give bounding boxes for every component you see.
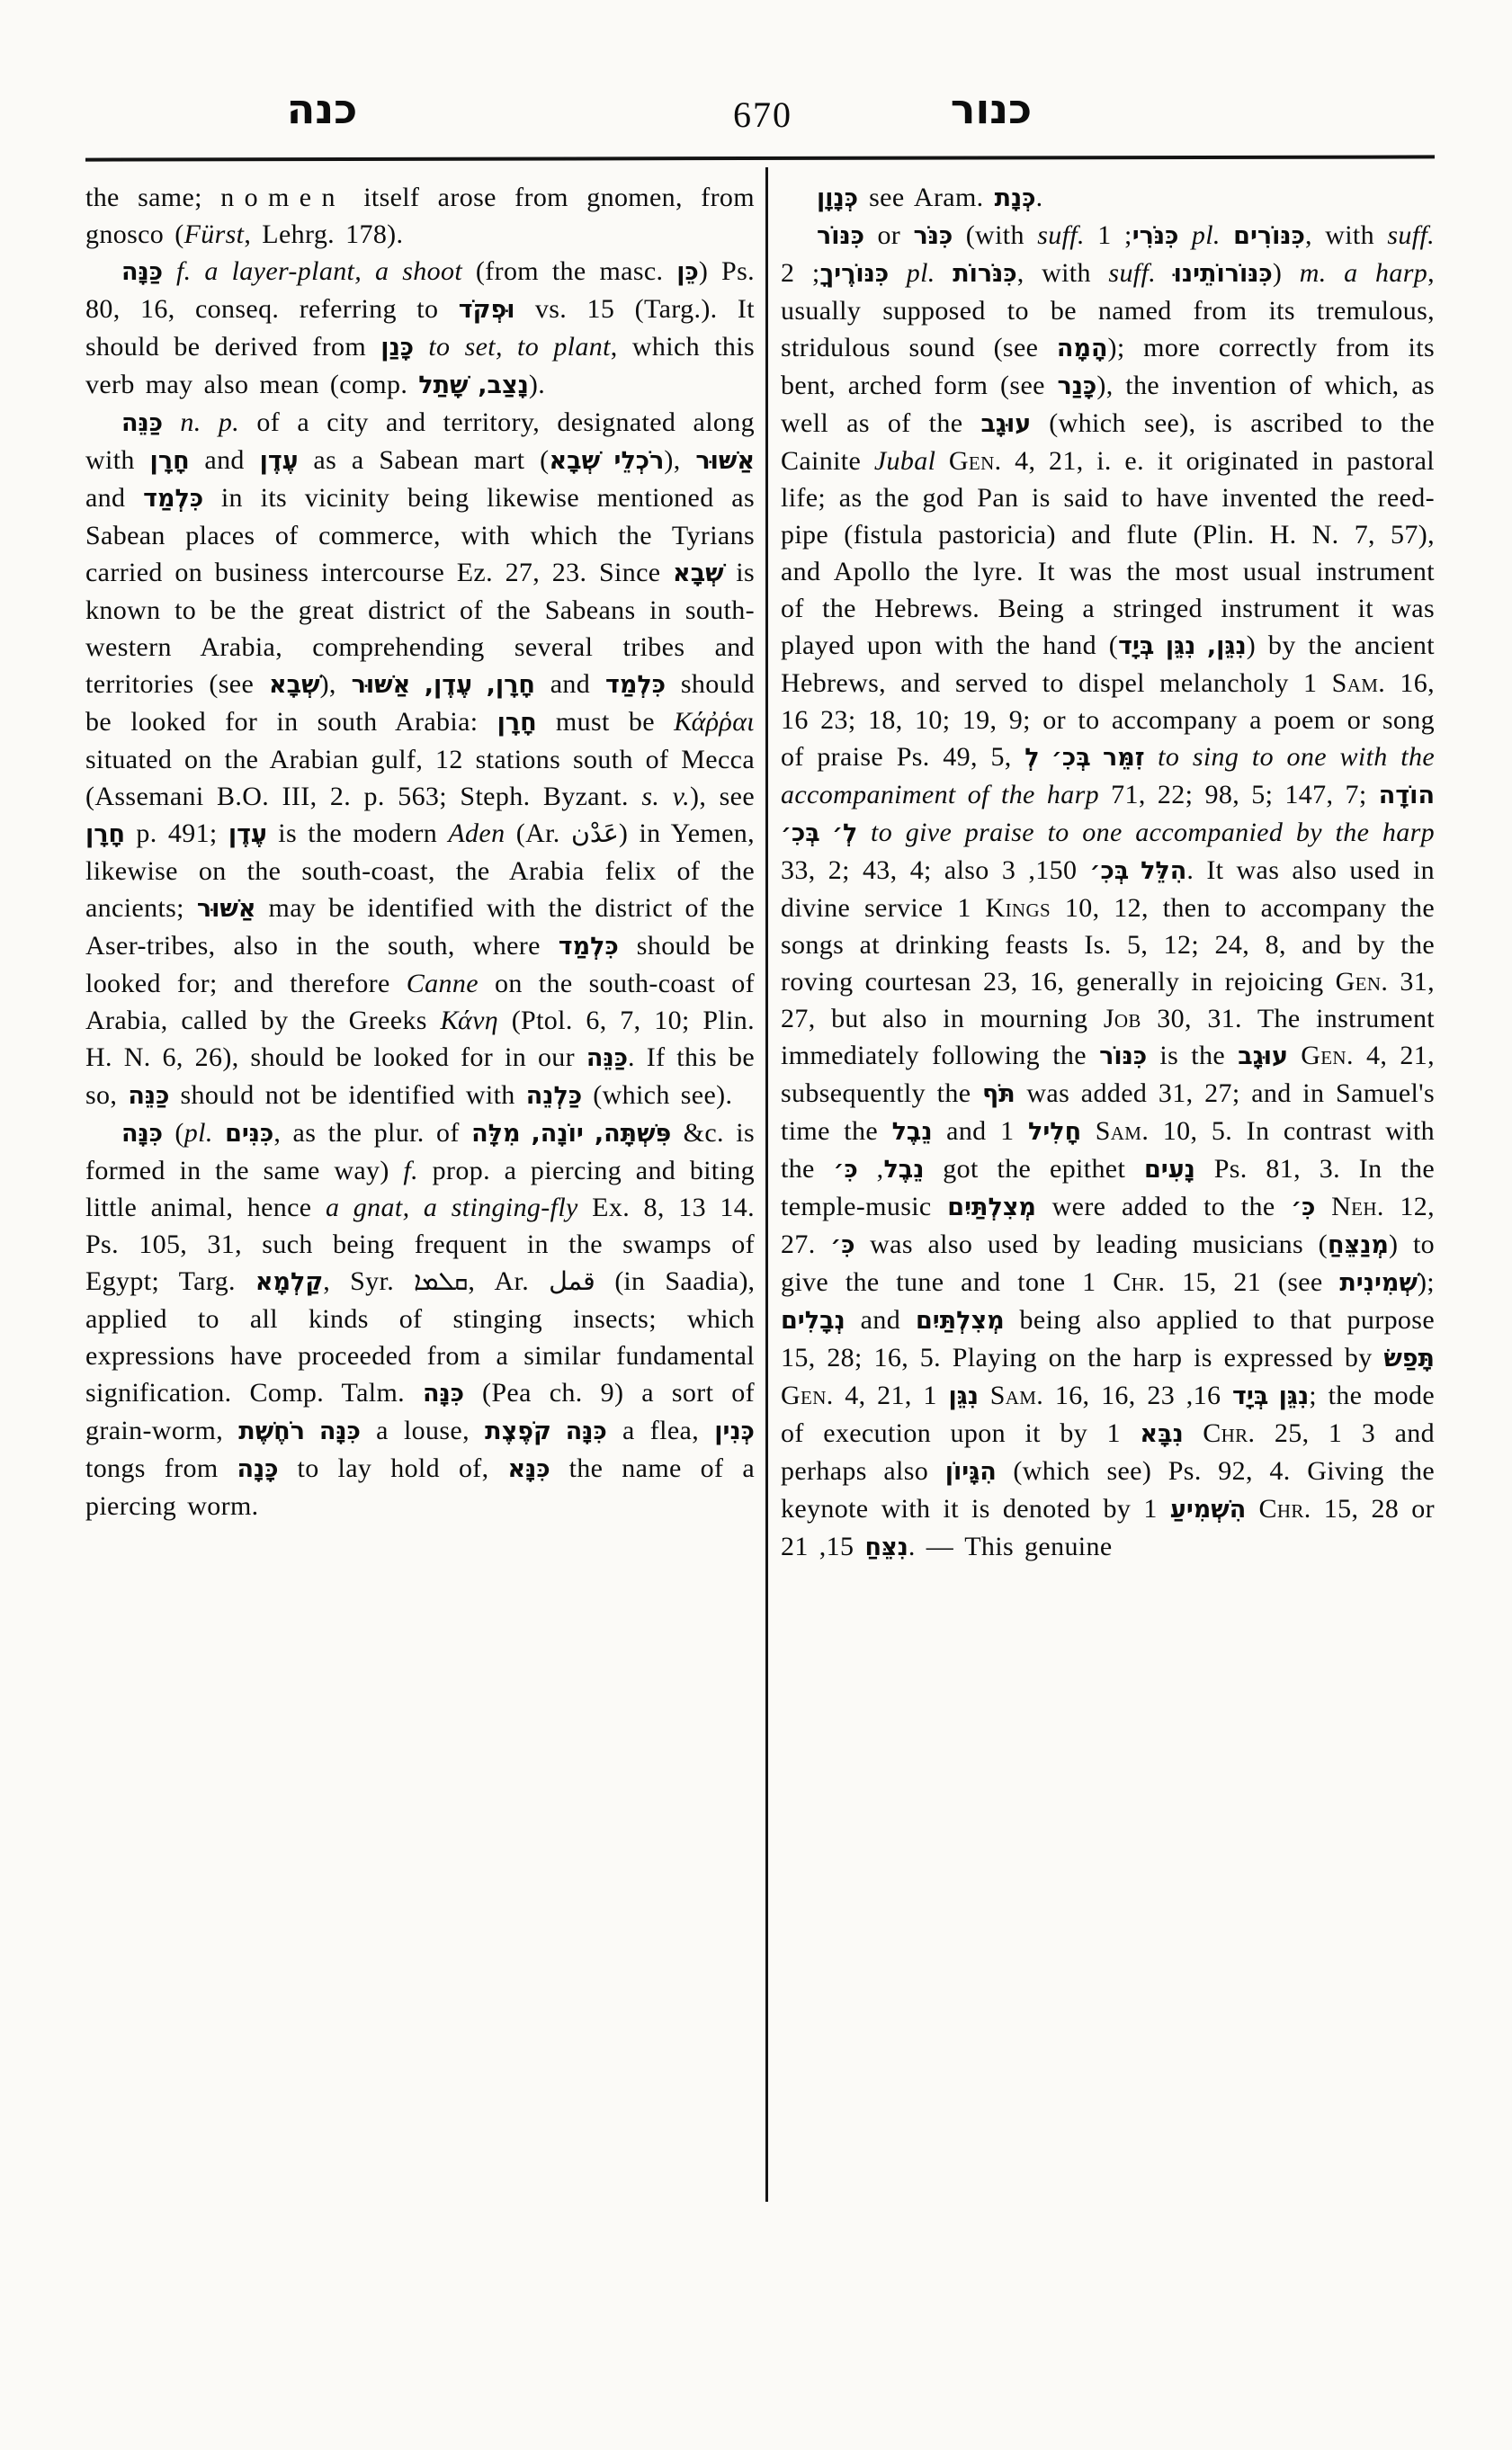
header-keyword-left: כנה [287,88,358,130]
column-divider [765,167,768,2202]
page-number: 670 [733,97,792,133]
entry-kinnah: כִּנָּה (pl. כִּנִּים, as the plur. of פ… [85,1114,755,1525]
header-keyword-right: כנור [951,88,1032,130]
left-column: the same; nomen itself arose from gnomen… [85,179,755,1525]
dictionary-page: כנה 670 כנור the same; nomen itself aros… [0,0,1512,2450]
header-rule [85,155,1435,161]
entry-kannah: כַּנָּה f. a layer-plant, a shoot (from … [85,253,755,404]
entry-kanneh: כַּנֵּה n. p. of a city and territory, d… [85,404,755,1114]
entry-kenavan: כְּנָוָן see Aram. כְּנָת. [781,179,1435,217]
entry-kinnor: כִּנּוֹר or כִּנֹּר (with suff. כִּנֹּרִ… [781,217,1435,1566]
continuation-paragraph: the same; nomen itself arose from gnomen… [85,179,755,253]
right-column: כְּנָוָן see Aram. כְּנָת.כִּנּוֹר or כִ… [781,179,1435,1566]
